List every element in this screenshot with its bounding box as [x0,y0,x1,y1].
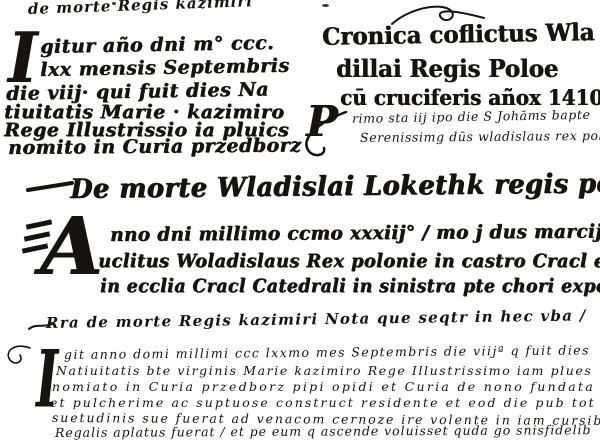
spiral-flourish-icon [2,342,34,376]
ink-speck [322,4,329,7]
text-line: lxx mensis Septembris [40,57,290,81]
text-line: gitur año dni m° ccc. [40,34,274,58]
initial-letter-p: P [306,101,338,143]
text-line: nomiato in Curia przedborz pipi opidi et… [52,380,595,393]
heading-dash-icon [26,180,74,194]
text-line: et pulcherime ac suptuose construct resi… [50,396,596,409]
text-line: Natiuitatis bte virginis Marie kazimiro … [56,364,592,377]
text-line: in ecclia Cracl Catedrali in sinistra pt… [100,277,600,297]
heading-nota: Rra de morte Regis kazimiri Nota que seq… [46,308,587,331]
text-line: git anno domi millimi ccc lxxmo mes Sept… [64,343,590,361]
initial-letter-a: A [40,206,102,286]
text-line: nno dni millimo ccmo xxxiij° / mo j dus … [110,222,600,246]
text-line: nomito in Curia przedborz [8,136,301,158]
cronica-title-line: Cronica coflictus Wla [322,19,595,49]
text-line: uclitus Woladislaus Rex polonie in castr… [98,252,600,272]
text-line: Regalis aplatus fuerat / et pe eum q asc… [55,423,591,439]
cronica-note-line: rimo sta iij ipo die S Johāms bapte [352,108,591,125]
manuscript-scan-page: de morte Regis kazimiri I gitur año dni … [0,0,600,446]
cronica-title-line: cū cruciferis añox 1410 [340,87,600,109]
heading-kazimiri-note: de morte Regis kazimiri [28,0,254,18]
cronica-title-line: dillai Regis Poloe [336,56,558,81]
cronica-note-line: Serenissimg dūs wladislaus rex polō [360,129,600,144]
heading-wladislai: De morte Wladislai Lokethk regis polonie [70,170,600,205]
